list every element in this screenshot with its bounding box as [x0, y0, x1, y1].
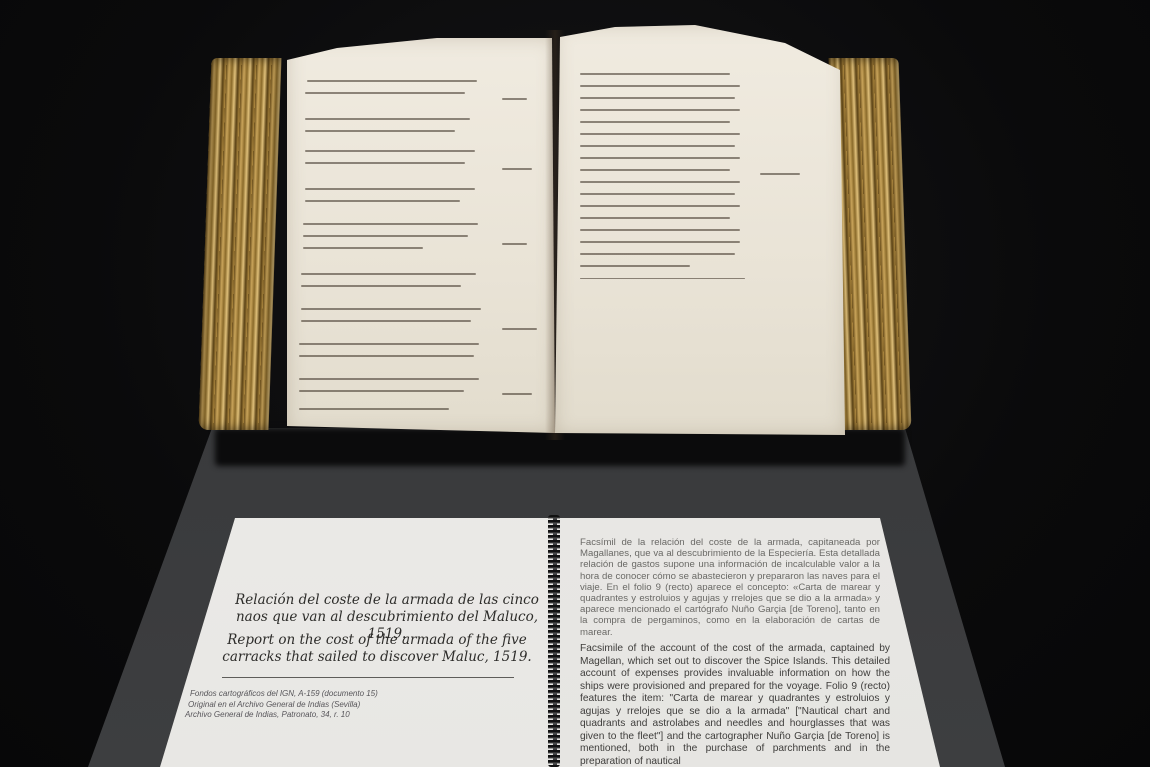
- credit-line: Original en el Archivo General de Indias…: [188, 700, 490, 711]
- credit-line: Archivo General de Indias, Patronato, 34…: [185, 710, 490, 721]
- exhibit-placard: Relación del coste de la armada de las c…: [0, 0, 1150, 767]
- title-divider: [222, 677, 514, 678]
- placard-title-english: Report on the cost of the armada of the …: [222, 632, 532, 666]
- credit-line: Fondos cartográficos del IGN, A-159 (doc…: [190, 689, 490, 700]
- placard-credits: Fondos cartográficos del IGN, A-159 (doc…: [190, 689, 490, 721]
- spiral-binding: [548, 515, 560, 767]
- placard-body-spanish: Facsímil de la relación del coste de la …: [580, 537, 880, 638]
- placard-body-english: Facsimile of the account of the cost of …: [580, 643, 890, 767]
- placard-right-leaf: [0, 0, 1150, 767]
